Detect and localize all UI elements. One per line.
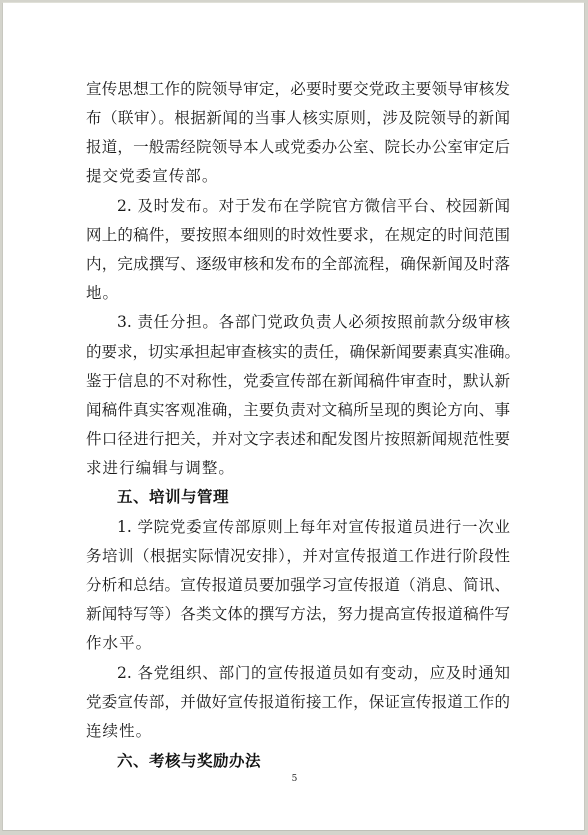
paragraph-2-staff-change: 2. 各党组织、部门的宣传报道员如有变动，应及时通知 (117, 662, 510, 684)
text-line: 内，完成撰写、逐级审核和发布的全部流程，确保新闻及时落 (86, 253, 510, 275)
text-line: 新闻特写等）各类文体的撰写方法，努力提高宣传报道稿件写 (86, 603, 510, 625)
page-number: 5 (3, 774, 586, 784)
document-page: 宣传思想工作的院领导审定，必要时要交党政主要领导审核发 布（联审）。根据新闻的当… (2, 2, 585, 831)
paragraph-3-responsibility: 3. 责任分担。各部门党政负责人必须按照前款分级审核 (117, 311, 510, 333)
section-heading-training: 五、培训与管理 (117, 486, 510, 508)
section-heading-assessment: 六、考核与奖励办法 (117, 750, 510, 772)
text-line: 地。 (86, 282, 510, 304)
text-line: 的要求，切实承担起审查核实的责任，确保新闻要素真实准确。 (86, 341, 510, 363)
text-line: 分析和总结。宣传报道员要加强学习宣传报道（消息、简讯、 (86, 574, 510, 596)
text-line: 党委宣传部，并做好宣传报道衔接工作，保证宣传报道工作的 (86, 691, 510, 713)
paragraph-1-training: 1. 学院党委宣传部原则上每年对宣传报道员进行一次业 (117, 516, 510, 538)
text-line: 作水平。 (86, 632, 510, 654)
text-line: 提交党委宣传部。 (86, 165, 510, 187)
text-line: 连续性。 (86, 720, 510, 742)
text-line: 宣传思想工作的院领导审定，必要时要交党政主要领导审核发 (86, 78, 510, 100)
text-line: 件口径进行把关，并对文字表述和配发图片按照新闻规范性要 (86, 428, 510, 450)
text-line: 务培训（根据实际情况安排），并对宣传报道工作进行阶段性 (86, 545, 510, 567)
text-line: 报道，一般需经院领导本人或党委办公室、院长办公室审定后 (86, 136, 510, 158)
text-line: 求进行编辑与调整。 (86, 457, 510, 479)
text-line: 闻稿件真实客观准确，主要负责对文稿所呈现的舆论方向、事 (86, 399, 510, 421)
text-line: 网上的稿件，要按照本细则的时效性要求，在规定的时间范围 (86, 224, 510, 246)
text-line: 布（联审）。根据新闻的当事人核实原则，涉及院领导的新闻 (86, 107, 510, 129)
paragraph-2-timely-release: 2. 及时发布。对于发布在学院官方微信平台、校园新闻 (117, 195, 510, 217)
text-line: 鉴于信息的不对称性，党委宣传部在新闻稿件审查时，默认新 (86, 370, 510, 392)
